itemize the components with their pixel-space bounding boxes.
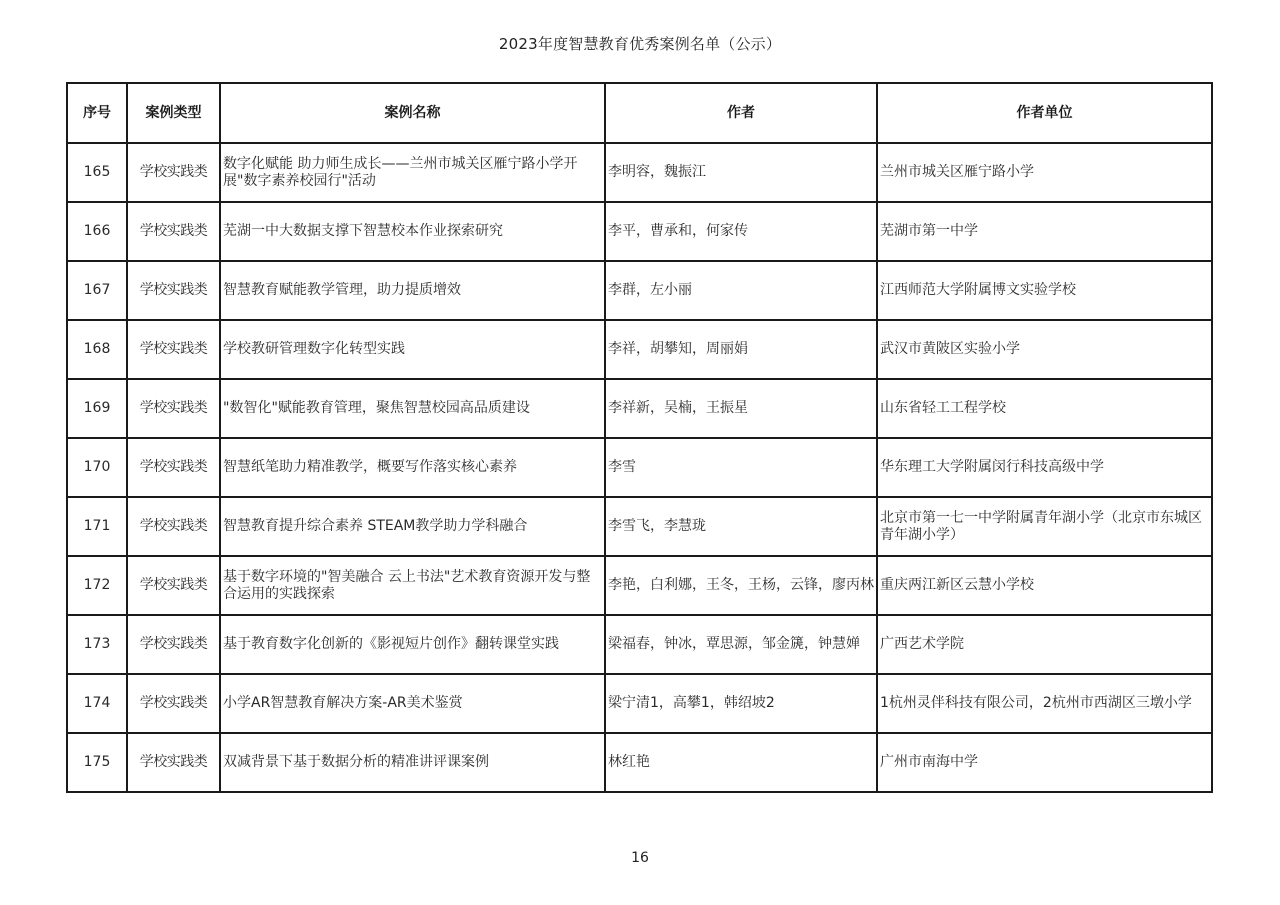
- table-row: 170 学校实践类 智慧纸笔助力精准教学，概要写作落实核心素养 李雪 华东理工大…: [67, 438, 1212, 497]
- table-row: 167 学校实践类 智慧教育赋能教学管理，助力提质增效 李群，左小丽 江西师范大…: [67, 261, 1212, 320]
- cell-author: 李祥新，吴楠，王振星: [605, 379, 877, 438]
- cell-name: 小学AR智慧教育解决方案-AR美术鉴赏: [220, 674, 605, 733]
- cell-unit: 山东省轻工工程学校: [877, 379, 1212, 438]
- cell-no: 167: [67, 261, 127, 320]
- cell-author: 李雪飞，李慧珑: [605, 497, 877, 556]
- cell-author: 李祥，胡攀知，周丽娟: [605, 320, 877, 379]
- cell-no: 168: [67, 320, 127, 379]
- cell-no: 172: [67, 556, 127, 615]
- cell-name: 基于数字环境的"智美融合 云上书法"艺术教育资源开发与整合运用的实践探索: [220, 556, 605, 615]
- page-number: 16: [0, 850, 1280, 866]
- cell-unit: 武汉市黄陂区实验小学: [877, 320, 1212, 379]
- table-row: 166 学校实践类 芜湖一中大数据支撑下智慧校本作业探索研究 李平，曹承和，何家…: [67, 202, 1212, 261]
- cell-name: 基于教育数字化创新的《影视短片创作》翻转课堂实践: [220, 615, 605, 674]
- table-row: 175 学校实践类 双减背景下基于数据分析的精准讲评课案例 林红艳 广州市南海中…: [67, 733, 1212, 792]
- header-name: 案例名称: [220, 83, 605, 143]
- header-author: 作者: [605, 83, 877, 143]
- table-row: 168 学校实践类 学校教研管理数字化转型实践 李祥，胡攀知，周丽娟 武汉市黄陂…: [67, 320, 1212, 379]
- cell-type: 学校实践类: [127, 143, 220, 202]
- cell-no: 171: [67, 497, 127, 556]
- cell-type: 学校实践类: [127, 674, 220, 733]
- document-title: 2023年度智慧教育优秀案例名单（公示）: [0, 33, 1280, 54]
- cell-type: 学校实践类: [127, 379, 220, 438]
- cell-type: 学校实践类: [127, 202, 220, 261]
- table-row: 172 学校实践类 基于数字环境的"智美融合 云上书法"艺术教育资源开发与整合运…: [67, 556, 1212, 615]
- cell-author: 李群，左小丽: [605, 261, 877, 320]
- cell-unit: 广西艺术学院: [877, 615, 1212, 674]
- cell-name: 智慧纸笔助力精准教学，概要写作落实核心素养: [220, 438, 605, 497]
- cell-type: 学校实践类: [127, 438, 220, 497]
- cell-type: 学校实践类: [127, 615, 220, 674]
- cell-type: 学校实践类: [127, 497, 220, 556]
- cell-name: 芜湖一中大数据支撑下智慧校本作业探索研究: [220, 202, 605, 261]
- table-row: 173 学校实践类 基于教育数字化创新的《影视短片创作》翻转课堂实践 梁福春，钟…: [67, 615, 1212, 674]
- header-type: 案例类型: [127, 83, 220, 143]
- cell-author: 林红艳: [605, 733, 877, 792]
- cell-no: 170: [67, 438, 127, 497]
- cell-unit: 重庆两江新区云慧小学校: [877, 556, 1212, 615]
- cell-no: 169: [67, 379, 127, 438]
- table-row: 169 学校实践类 "数智化"赋能教育管理，聚焦智慧校园高品质建设 李祥新，吴楠…: [67, 379, 1212, 438]
- cell-author: 李艳，白利娜，王冬，王杨，云锋，廖丙林: [605, 556, 877, 615]
- cell-no: 175: [67, 733, 127, 792]
- cell-type: 学校实践类: [127, 320, 220, 379]
- cell-unit: 兰州市城关区雁宁路小学: [877, 143, 1212, 202]
- table-header-row: 序号 案例类型 案例名称 作者 作者单位: [67, 83, 1212, 143]
- cell-name: 数字化赋能 助力师生成长——兰州市城关区雁宁路小学开展"数字素养校园行"活动: [220, 143, 605, 202]
- cell-no: 174: [67, 674, 127, 733]
- case-list-table: 序号 案例类型 案例名称 作者 作者单位 165 学校实践类 数字化赋能 助力师…: [66, 82, 1213, 793]
- cell-no: 166: [67, 202, 127, 261]
- cell-author: 梁福春，钟冰，覃思源，邹金篪，钟慧婵: [605, 615, 877, 674]
- cell-type: 学校实践类: [127, 261, 220, 320]
- table-row: 165 学校实践类 数字化赋能 助力师生成长——兰州市城关区雁宁路小学开展"数字…: [67, 143, 1212, 202]
- cell-unit: 1杭州灵伴科技有限公司，2杭州市西湖区三墩小学: [877, 674, 1212, 733]
- cell-no: 173: [67, 615, 127, 674]
- cell-name: 双减背景下基于数据分析的精准讲评课案例: [220, 733, 605, 792]
- cell-author: 梁宁清1，高攀1，韩绍坡2: [605, 674, 877, 733]
- cell-unit: 江西师范大学附属博文实验学校: [877, 261, 1212, 320]
- header-no: 序号: [67, 83, 127, 143]
- cell-unit: 芜湖市第一中学: [877, 202, 1212, 261]
- cell-unit: 华东理工大学附属闵行科技高级中学: [877, 438, 1212, 497]
- cell-name: 智慧教育提升综合素养 STEAM教学助力学科融合: [220, 497, 605, 556]
- cell-author: 李明容，魏振江: [605, 143, 877, 202]
- cell-name: "数智化"赋能教育管理，聚焦智慧校园高品质建设: [220, 379, 605, 438]
- table-row: 174 学校实践类 小学AR智慧教育解决方案-AR美术鉴赏 梁宁清1，高攀1，韩…: [67, 674, 1212, 733]
- table-row: 171 学校实践类 智慧教育提升综合素养 STEAM教学助力学科融合 李雪飞，李…: [67, 497, 1212, 556]
- cell-author: 李平，曹承和，何家传: [605, 202, 877, 261]
- header-unit: 作者单位: [877, 83, 1212, 143]
- cell-unit: 北京市第一七一中学附属青年湖小学（北京市东城区青年湖小学）: [877, 497, 1212, 556]
- cell-no: 165: [67, 143, 127, 202]
- cell-unit: 广州市南海中学: [877, 733, 1212, 792]
- cell-name: 学校教研管理数字化转型实践: [220, 320, 605, 379]
- cell-author: 李雪: [605, 438, 877, 497]
- cell-name: 智慧教育赋能教学管理，助力提质增效: [220, 261, 605, 320]
- cell-type: 学校实践类: [127, 556, 220, 615]
- cell-type: 学校实践类: [127, 733, 220, 792]
